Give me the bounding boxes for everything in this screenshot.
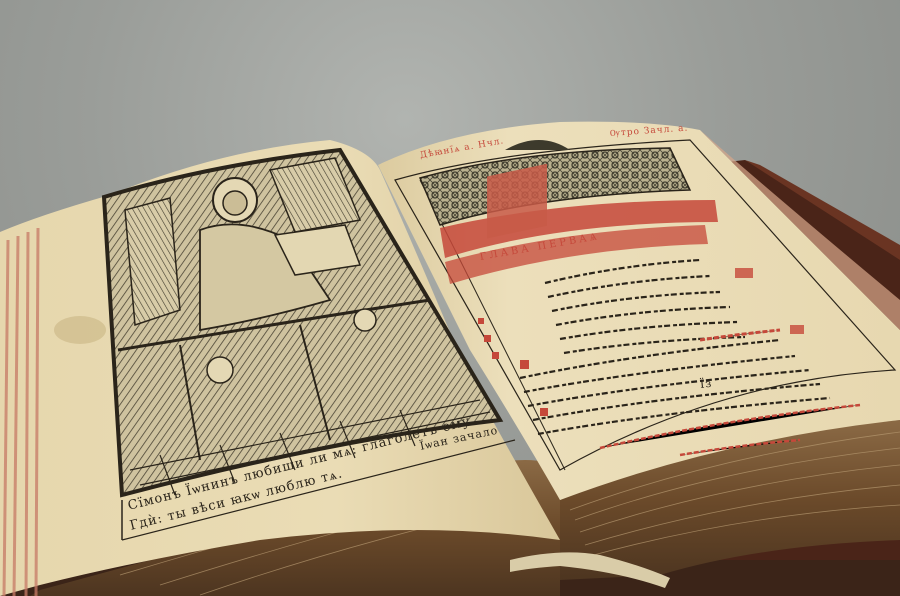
page-number: Їз xyxy=(699,377,713,391)
photo-scene: Сїмонъ Їѡнинъ любиши ли мѧ: глаголетъ ем… xyxy=(0,0,900,596)
drop-cap-ornament xyxy=(487,164,547,239)
